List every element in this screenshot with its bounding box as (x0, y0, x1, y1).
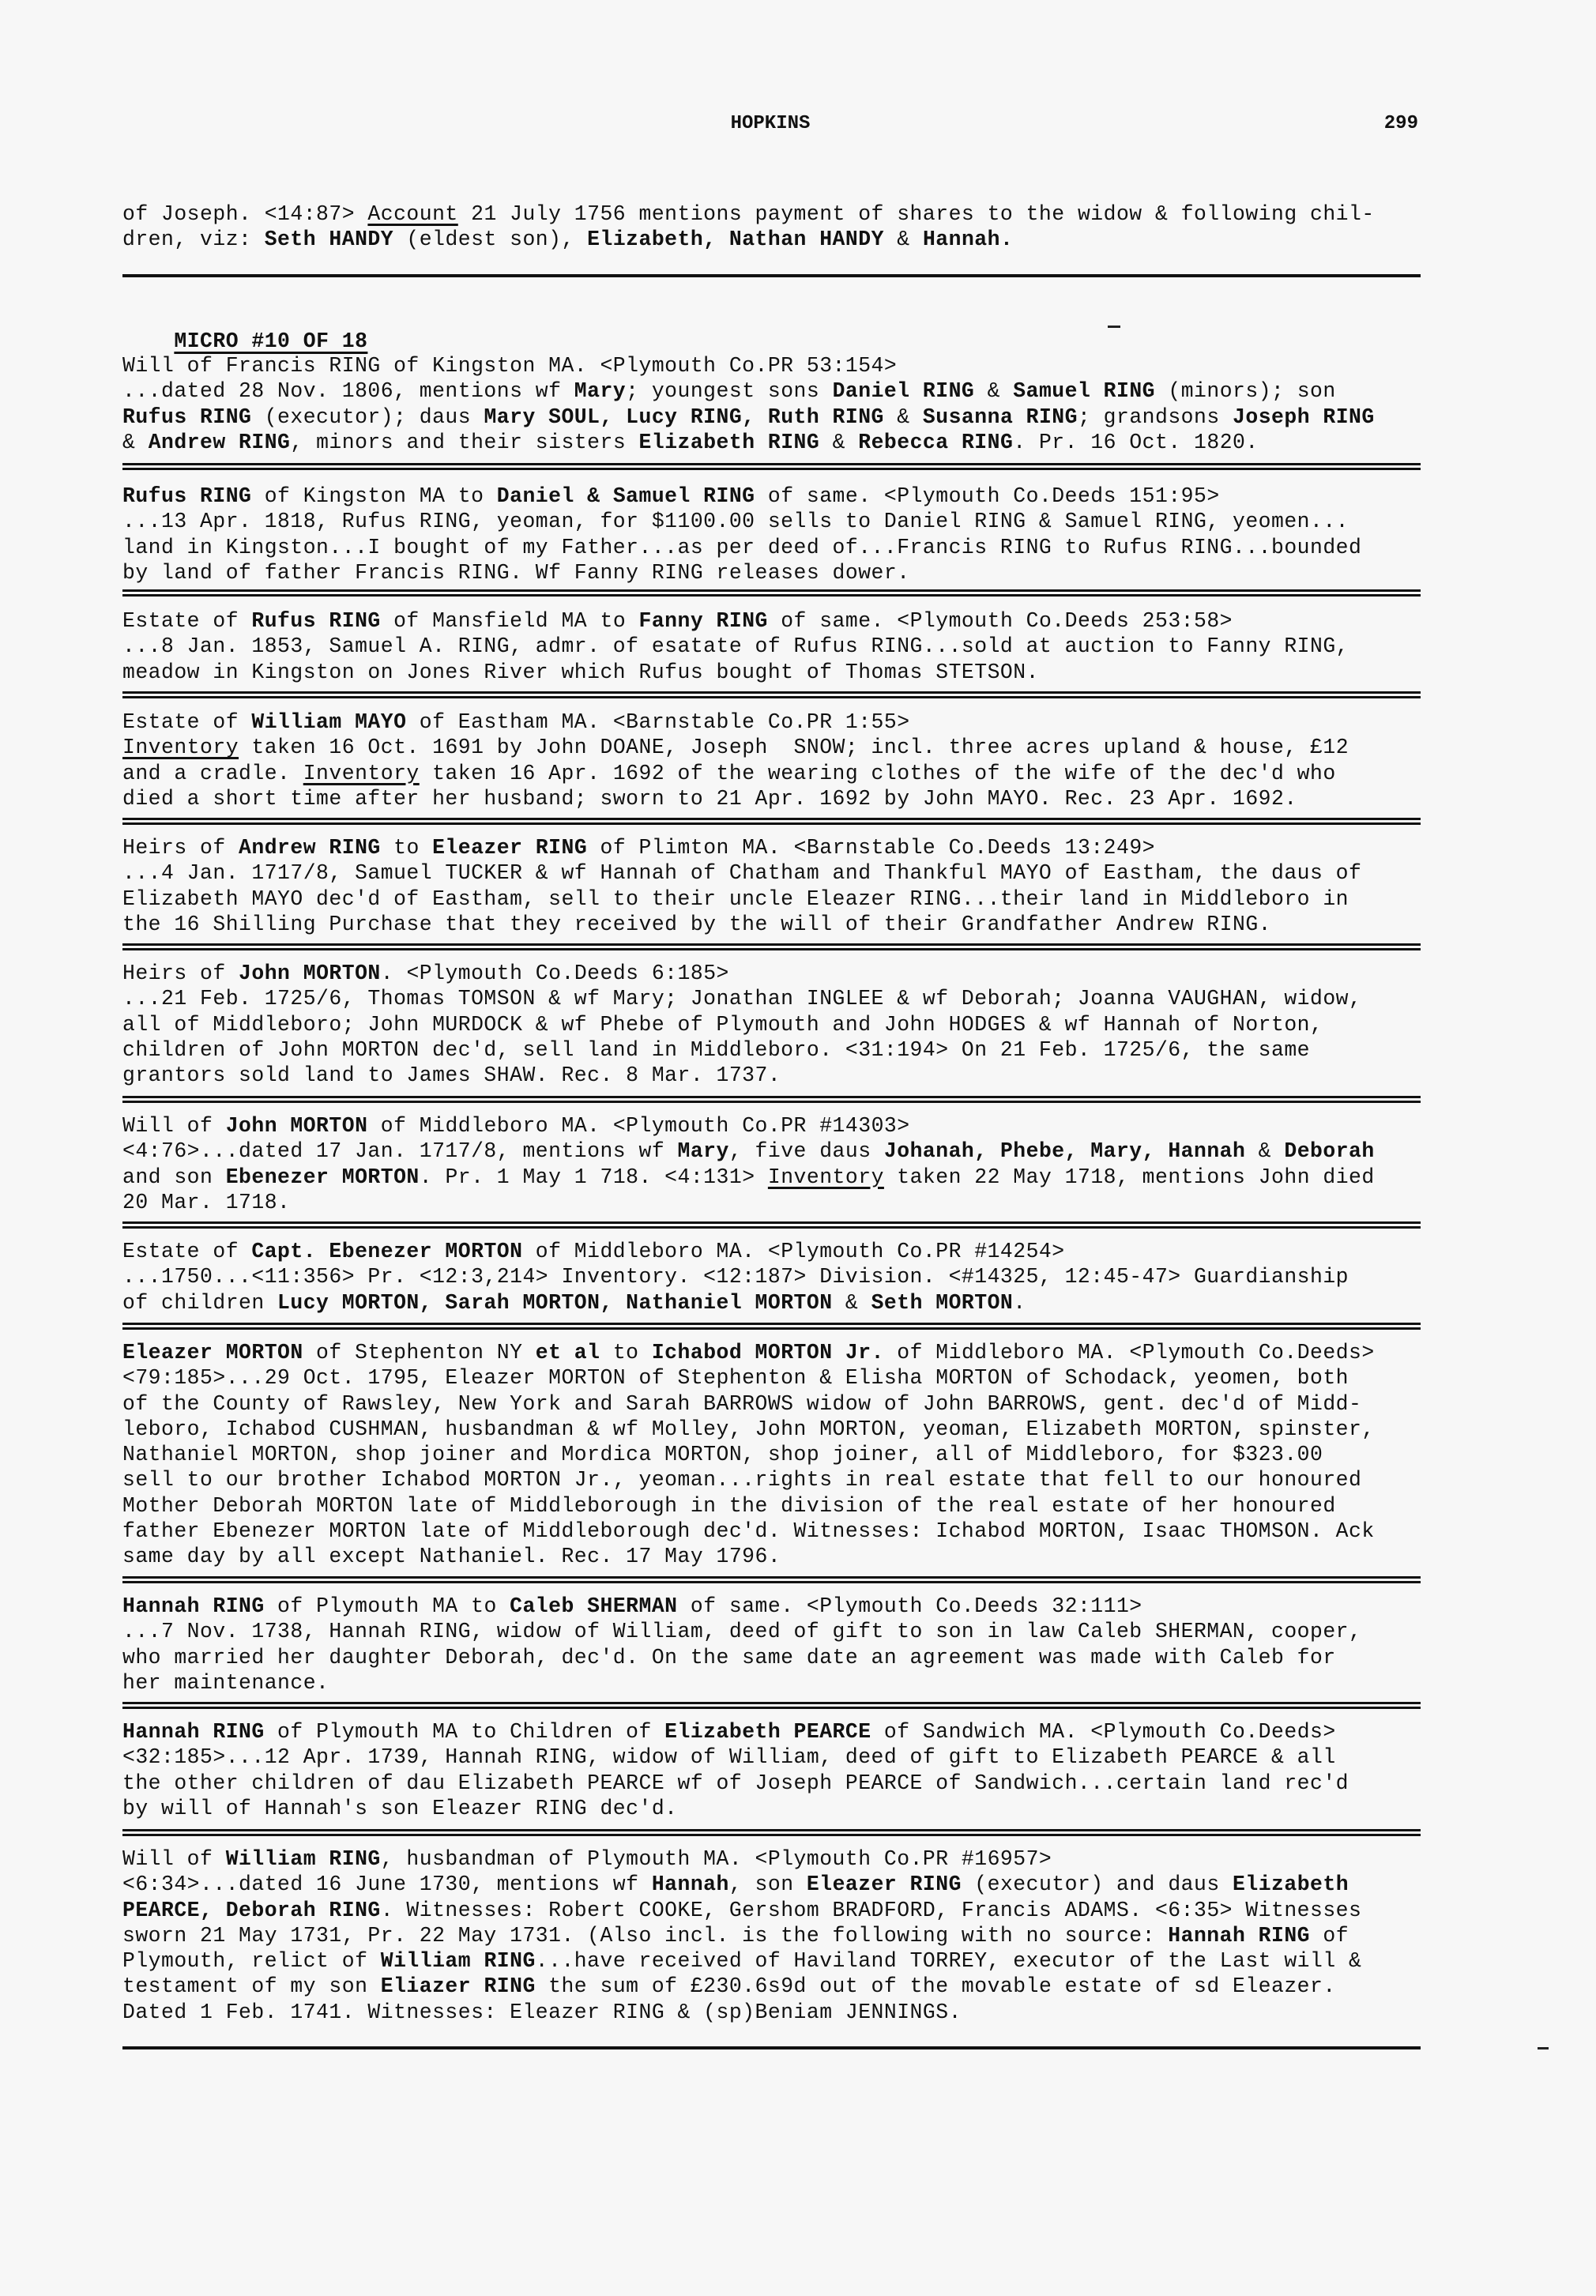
text-run: (eldest son), (393, 228, 587, 251)
record-entry: Eleazer MORTON of Stephenton NY et al to… (122, 1340, 1425, 1570)
bold-name: Fanny RING (639, 609, 768, 633)
section-divider (122, 463, 1421, 470)
bold-name: Capt. Ebenezer MORTON (251, 1240, 522, 1263)
text-run: Heirs of (122, 962, 239, 985)
text-line: Mother Deborah MORTON late of Middleboro… (122, 1493, 1425, 1519)
text-run: to (600, 1341, 651, 1364)
text-run: sell to our brother Ichabod MORTON Jr., … (122, 1468, 1361, 1492)
text-line: Rufus RING (executor); daus Mary SOUL, L… (122, 405, 1425, 430)
text-run: sworn 21 May 1731, Pr. 22 May 1731. (Als… (122, 1924, 1168, 1948)
text-run: ...4 Jan. 1717/8, Samuel TUCKER & wf Han… (122, 861, 1361, 885)
text-line: Rufus RING of Kingston MA to Daniel & Sa… (122, 484, 1425, 509)
text-line: Estate of Rufus RING of Mansfield MA to … (122, 608, 1425, 634)
text-run: & (884, 228, 923, 251)
text-run: & (974, 379, 1013, 403)
section-divider (122, 818, 1421, 825)
bold-name: Ebenezer MORTON (226, 1165, 420, 1189)
text-run: the other children of dau Elizabeth PEAR… (122, 1771, 1349, 1795)
text-line: <32:185>...12 Apr. 1739, Hannah RING, wi… (122, 1745, 1425, 1770)
intro-paragraph: of Joseph. <14:87> Account 21 July 1756 … (122, 201, 1425, 253)
text-run: the sum of £230.6s9d out of the movable … (536, 1974, 1336, 1998)
underlined-term: Inventory (768, 1165, 884, 1189)
text-line: ...7 Nov. 1738, Hannah RING, widow of Wi… (122, 1619, 1425, 1644)
text-line: ...13 Apr. 1818, Rufus RING, yeoman, for… (122, 509, 1425, 534)
text-run: taken 22 May 1718, mentions John died (884, 1165, 1375, 1189)
record-entry: Hannah RING of Plymouth MA to Children o… (122, 1719, 1425, 1821)
record-entry: Will of Francis RING of Kingston MA. <Pl… (122, 353, 1425, 455)
text-line: by land of father Francis RING. Wf Fanny… (122, 560, 1425, 585)
text-run: meadow in Kingston on Jones River which … (122, 661, 1039, 684)
text-run: <32:185>...12 Apr. 1739, Hannah RING, wi… (122, 1745, 1336, 1769)
text-line: ...1750...<11:356> Pr. <12:3,214> Invent… (122, 1264, 1425, 1289)
text-line: Inventory taken 16 Oct. 1691 by John DOA… (122, 735, 1425, 760)
record-entry: Rufus RING of Kingston MA to Daniel & Sa… (122, 484, 1425, 585)
text-line: the other children of dau Elizabeth PEAR… (122, 1771, 1425, 1796)
text-line: the 16 Shilling Purchase that they recei… (122, 912, 1425, 937)
bold-name: Eleazer RING (432, 836, 587, 860)
record-entry: Estate of Rufus RING of Mansfield MA to … (122, 608, 1425, 685)
section-divider (122, 1323, 1421, 1330)
text-run: same day by all except Nathaniel. Rec. 1… (122, 1545, 781, 1568)
text-run: & (819, 431, 858, 454)
bold-name: Hannah (652, 1873, 729, 1896)
section-divider (122, 1702, 1421, 1709)
text-run: . Witnesses: Robert COOKE, Gershom BRADF… (381, 1899, 1362, 1922)
bold-name: Mary SOUL, Lucy RING, Ruth RING (484, 405, 883, 429)
text-line: <6:34>...dated 16 June 1730, mentions wf… (122, 1872, 1425, 1897)
bold-name: Eliazer RING (381, 1974, 536, 1998)
text-run: Will of (122, 1114, 226, 1138)
text-run: by land of father Francis RING. Wf Fanny… (122, 561, 910, 585)
text-line: meadow in Kingston on Jones River which … (122, 660, 1425, 685)
text-line: Hannah RING of Plymouth MA to Caleb SHER… (122, 1594, 1425, 1619)
bold-name: Daniel & Samuel RING (497, 484, 755, 508)
section-divider (122, 943, 1421, 950)
text-run: 21 July 1756 mentions payment of shares … (458, 202, 1375, 226)
text-run: , son (729, 1873, 807, 1896)
text-run: <6:34>...dated 16 June 1730, mentions wf (122, 1873, 652, 1896)
text-run: ...dated 28 Nov. 1806, mentions wf (122, 379, 574, 403)
text-line: Plymouth, relict of William RING...have … (122, 1948, 1425, 1974)
record-entry: Estate of Capt. Ebenezer MORTON of Middl… (122, 1239, 1425, 1315)
text-line: of children Lucy MORTON, Sarah MORTON, N… (122, 1290, 1425, 1315)
page-number: 299 (1384, 113, 1418, 134)
text-run: (executor); daus (251, 405, 484, 429)
bold-name: Eleazer RING (807, 1873, 962, 1896)
underlined-term: Account (367, 202, 457, 226)
text-run: of Plymouth MA to (265, 1594, 510, 1618)
text-run: taken 16 Apr. 1692 of the wearing clothe… (420, 762, 1336, 785)
section-divider (122, 589, 1421, 597)
bold-name: Elizabeth RING (639, 431, 820, 454)
text-run: died a short time after her husband; swo… (122, 787, 1297, 811)
bold-name: William RING (381, 1949, 536, 1973)
running-head: HOPKINS 299 (122, 113, 1418, 141)
text-line: & Andrew RING, minors and their sisters … (122, 430, 1425, 455)
text-run: <4:76>...dated 17 Jan. 1717/8, mentions … (122, 1139, 678, 1163)
bold-name: Seth MORTON (871, 1291, 1014, 1315)
text-run: children of John MORTON dec'd, sell land… (122, 1038, 1310, 1062)
text-run: leboro, Ichabod CUSHMAN, husbandman & wf… (122, 1417, 1375, 1441)
scan-mark (1108, 326, 1120, 328)
text-line: of the County of Rawsley, New York and S… (122, 1391, 1425, 1417)
text-line: <79:185>...29 Oct. 1795, Eleazer MORTON … (122, 1365, 1425, 1391)
text-run: who married her daughter Deborah, dec'd.… (122, 1646, 1336, 1669)
text-run: of same. <Plymouth Co.Deeds 253:58> (768, 609, 1233, 633)
text-run: by will of Hannah's son Eleazer RING dec… (122, 1797, 678, 1820)
bold-name: Samuel RING (1013, 379, 1155, 403)
bold-name: Johanah, Phebe, Mary, Hannah (884, 1139, 1245, 1163)
bold-name: Andrew RING (239, 836, 381, 860)
text-line: children of John MORTON dec'd, sell land… (122, 1037, 1425, 1063)
text-run: ...have received of Haviland TORREY, exe… (536, 1949, 1362, 1973)
record-entry: Hannah RING of Plymouth MA to Caleb SHER… (122, 1594, 1425, 1696)
record-entry: Heirs of John MORTON. <Plymouth Co.Deeds… (122, 961, 1425, 1088)
text-line: and a cradle. Inventory taken 16 Apr. 16… (122, 761, 1425, 786)
text-run: (executor) and daus (962, 1873, 1233, 1896)
section-divider (122, 1829, 1421, 1836)
text-line: land in Kingston...I bought of my Father… (122, 535, 1425, 560)
text-line: Heirs of John MORTON. <Plymouth Co.Deeds… (122, 961, 1425, 986)
underlined-term: Inventory (122, 736, 239, 759)
bold-name: Hannah RING (1168, 1924, 1310, 1948)
bold-name: Rebecca RING (858, 431, 1013, 454)
text-run: of children (122, 1291, 277, 1315)
bold-name: Andrew RING (149, 431, 291, 454)
text-run: of Middleboro MA. <Plymouth Co.PR #14254… (522, 1240, 1064, 1263)
text-run: dren, viz: (122, 228, 265, 251)
text-line: and son Ebenezer MORTON. Pr. 1 May 1 718… (122, 1165, 1425, 1190)
section-divider (122, 1576, 1421, 1583)
text-run: Estate of (122, 710, 251, 734)
text-line: PEARCE, Deborah RING. Witnesses: Robert … (122, 1898, 1425, 1923)
text-run: ...13 Apr. 1818, Rufus RING, yeoman, for… (122, 510, 1349, 533)
text-line: grantors sold land to James SHAW. Rec. 8… (122, 1063, 1425, 1088)
text-line: ...dated 28 Nov. 1806, mentions wf Mary;… (122, 378, 1425, 404)
bold-name: John MORTON (239, 962, 381, 985)
text-run: (minors); son (1155, 379, 1336, 403)
underlined-term: Inventory (303, 762, 420, 785)
text-run: Mother Deborah MORTON late of Middleboro… (122, 1494, 1336, 1518)
text-run: ...21 Feb. 1725/6, Thomas TOMSON & wf Ma… (122, 987, 1361, 1011)
text-run: father Ebenezer MORTON late of Middlebor… (122, 1519, 1375, 1543)
text-line: Will of William RING, husbandman of Plym… (122, 1846, 1425, 1872)
text-run: of Middleboro MA. <Plymouth Co.PR #14303… (367, 1114, 909, 1138)
text-run: ...8 Jan. 1853, Samuel A. RING, admr. of… (122, 634, 1349, 658)
text-line: all of Middleboro; John MURDOCK & wf Phe… (122, 1012, 1425, 1037)
text-run: & (1245, 1139, 1284, 1163)
text-run: , five daus (729, 1139, 884, 1163)
text-run: Will of (122, 1847, 226, 1871)
text-run: and son (122, 1165, 226, 1189)
text-run: . <Plymouth Co.Deeds 6:185> (381, 962, 729, 985)
text-run: Heirs of (122, 836, 239, 860)
text-line: Heirs of Andrew RING to Eleazer RING of … (122, 835, 1425, 860)
text-line: Dated 1 Feb. 1741. Witnesses: Eleazer RI… (122, 2000, 1425, 2025)
bold-name: Rufus RING (122, 405, 251, 429)
text-run: the 16 Shilling Purchase that they recei… (122, 913, 1271, 936)
text-run: ...1750...<11:356> Pr. <12:3,214> Invent… (122, 1265, 1349, 1289)
text-line: of Joseph. <14:87> Account 21 July 1756 … (122, 201, 1425, 227)
bold-name: Mary (574, 379, 626, 403)
bold-name: William MAYO (251, 710, 406, 734)
record-entry: Will of William RING, husbandman of Plym… (122, 1846, 1425, 2025)
text-run: of the County of Rawsley, New York and S… (122, 1392, 1361, 1416)
section-divider (122, 691, 1421, 698)
text-run: . (1013, 1291, 1026, 1315)
text-run: ...7 Nov. 1738, Hannah RING, widow of Wi… (122, 1620, 1361, 1643)
text-run: all of Middleboro; John MURDOCK & wf Phe… (122, 1013, 1323, 1037)
text-line: Estate of William MAYO of Eastham MA. <B… (122, 710, 1425, 735)
bold-name: Elizabeth (1233, 1873, 1349, 1896)
text-run: <79:185>...29 Oct. 1795, Eleazer MORTON … (122, 1366, 1349, 1390)
section-divider (122, 1221, 1421, 1229)
text-line: <4:76>...dated 17 Jan. 1717/8, mentions … (122, 1139, 1425, 1164)
text-run: & (833, 1291, 871, 1315)
section-divider (122, 1096, 1421, 1103)
bold-name: Joseph RING (1233, 405, 1375, 429)
bold-name: Rufus RING (122, 484, 251, 508)
text-line: her maintenance. (122, 1670, 1425, 1696)
text-line: testament of my son Eliazer RING the sum… (122, 1974, 1425, 1999)
text-line: ...21 Feb. 1725/6, Thomas TOMSON & wf Ma… (122, 986, 1425, 1011)
text-line: ...4 Jan. 1717/8, Samuel TUCKER & wf Han… (122, 860, 1425, 886)
text-line: Nathaniel MORTON, shop joiner and Mordic… (122, 1442, 1425, 1467)
text-run: of Stephenton NY (303, 1341, 536, 1364)
text-line: Hannah RING of Plymouth MA to Children o… (122, 1719, 1425, 1745)
text-line: sell to our brother Ichabod MORTON Jr., … (122, 1467, 1425, 1492)
text-run: & (122, 431, 149, 454)
text-line: leboro, Ichabod CUSHMAN, husbandman & wf… (122, 1417, 1425, 1442)
micro-heading: MICRO #10 OF 18 (174, 329, 367, 353)
bold-name: Daniel RING (833, 379, 975, 403)
record-entry: Heirs of Andrew RING to Eleazer RING of … (122, 835, 1425, 937)
section-divider (122, 2046, 1421, 2049)
text-run: of Plimton MA. <Barnstable Co.Deeds 13:2… (587, 836, 1155, 860)
bold-name: et al (536, 1341, 600, 1364)
text-line: sworn 21 May 1731, Pr. 22 May 1731. (Als… (122, 1923, 1425, 1948)
text-run: of Kingston MA to (251, 484, 496, 508)
text-line: died a short time after her husband; swo… (122, 786, 1425, 811)
text-run: Dated 1 Feb. 1741. Witnesses: Eleazer RI… (122, 2001, 962, 2024)
text-run: of same. <Plymouth Co.Deeds 151:95> (755, 484, 1220, 508)
text-run: testament of my son (122, 1974, 381, 1998)
text-run: ; grandsons (1078, 405, 1233, 429)
text-run: of same. <Plymouth Co.Deeds 32:111> (678, 1594, 1142, 1618)
text-line: ...8 Jan. 1853, Samuel A. RING, admr. of… (122, 634, 1425, 659)
text-run: taken 16 Oct. 1691 by John DOANE, Joseph… (239, 736, 1349, 759)
bold-name: Lucy MORTON, Sarah MORTON, Nathaniel MOR… (277, 1291, 833, 1315)
text-line: dren, viz: Seth HANDY (eldest son), Eliz… (122, 227, 1425, 252)
text-run: to (381, 836, 432, 860)
text-run: . Pr. 16 Oct. 1820. (1013, 431, 1258, 454)
text-line: Will of John MORTON of Middleboro MA. <P… (122, 1113, 1425, 1139)
text-run: of Eastham MA. <Barnstable Co.PR 1:55> (406, 710, 909, 734)
bold-name: Rufus RING (251, 609, 380, 633)
text-line: father Ebenezer MORTON late of Middlebor… (122, 1519, 1425, 1544)
scan-mark (1538, 2047, 1549, 2049)
bold-name: Elizabeth PEARCE (664, 1720, 871, 1744)
record-entry: Estate of William MAYO of Eastham MA. <B… (122, 710, 1425, 811)
text-run: Plymouth, relict of (122, 1949, 381, 1973)
text-line: by will of Hannah's son Eleazer RING dec… (122, 1796, 1425, 1821)
text-line: same day by all except Nathaniel. Rec. 1… (122, 1544, 1425, 1569)
bold-name: John MORTON (226, 1114, 368, 1138)
bold-name: Susanna RING (923, 405, 1078, 429)
text-run: Estate of (122, 1240, 251, 1263)
bold-name: William RING (226, 1847, 381, 1871)
text-run: of Plymouth MA to Children of (265, 1720, 664, 1744)
text-run: ; youngest sons (626, 379, 832, 403)
text-run: Estate of (122, 609, 251, 633)
record-entry: Will of John MORTON of Middleboro MA. <P… (122, 1113, 1425, 1215)
text-run: Will of Francis RING of Kingston MA. <Pl… (122, 354, 897, 378)
bold-name: Deborah (1284, 1139, 1374, 1163)
document-page: HOPKINS 299 of Joseph. <14:87> Account 2… (0, 0, 1596, 2296)
bold-name: Seth HANDY (265, 228, 393, 251)
text-line: 20 Mar. 1718. (122, 1190, 1425, 1215)
text-run: of Middleboro MA. <Plymouth Co.Deeds> (884, 1341, 1375, 1364)
bold-name: Mary (678, 1139, 729, 1163)
text-run: of Joseph. <14:87> (122, 202, 367, 226)
bold-name: Ichabod MORTON Jr. (652, 1341, 884, 1364)
text-run: 20 Mar. 1718. (122, 1191, 290, 1214)
text-run: of Sandwich MA. <Plymouth Co.Deeds> (871, 1720, 1336, 1744)
bold-name: Hannah. (923, 228, 1013, 251)
bold-name: Caleb SHERMAN (510, 1594, 677, 1618)
bold-name: Elizabeth, Nathan HANDY (587, 228, 884, 251)
text-line: Elizabeth MAYO dec'd of Eastham, sell to… (122, 886, 1425, 912)
text-run: , husbandman of Plymouth MA. <Plymouth C… (381, 1847, 1052, 1871)
text-run: grantors sold land to James SHAW. Rec. 8… (122, 1063, 781, 1087)
text-run: Nathaniel MORTON, shop joiner and Mordic… (122, 1443, 1323, 1466)
text-run: , minors and their sisters (290, 431, 638, 454)
text-run: Elizabeth MAYO dec'd of Eastham, sell to… (122, 887, 1349, 911)
bold-name: PEARCE, Deborah RING (122, 1899, 381, 1922)
bold-name: Hannah RING (122, 1594, 265, 1618)
text-run: of Mansfield MA to (381, 609, 639, 633)
text-run: land in Kingston...I bought of my Father… (122, 536, 1361, 559)
text-run: her maintenance. (122, 1671, 329, 1695)
bold-name: Hannah RING (122, 1720, 265, 1744)
running-head-title: HOPKINS (122, 113, 1418, 134)
text-line: Will of Francis RING of Kingston MA. <Pl… (122, 353, 1425, 378)
text-line: Eleazer MORTON of Stephenton NY et al to… (122, 1340, 1425, 1365)
text-line: who married her daughter Deborah, dec'd.… (122, 1645, 1425, 1670)
section-divider (122, 274, 1421, 277)
text-run: and a cradle. (122, 762, 303, 785)
bold-name: Eleazer MORTON (122, 1341, 303, 1364)
text-run: & (884, 405, 923, 429)
text-run: . Pr. 1 May 1 718. <4:131> (420, 1165, 768, 1189)
text-run: of (1310, 1924, 1349, 1948)
text-line: Estate of Capt. Ebenezer MORTON of Middl… (122, 1239, 1425, 1264)
